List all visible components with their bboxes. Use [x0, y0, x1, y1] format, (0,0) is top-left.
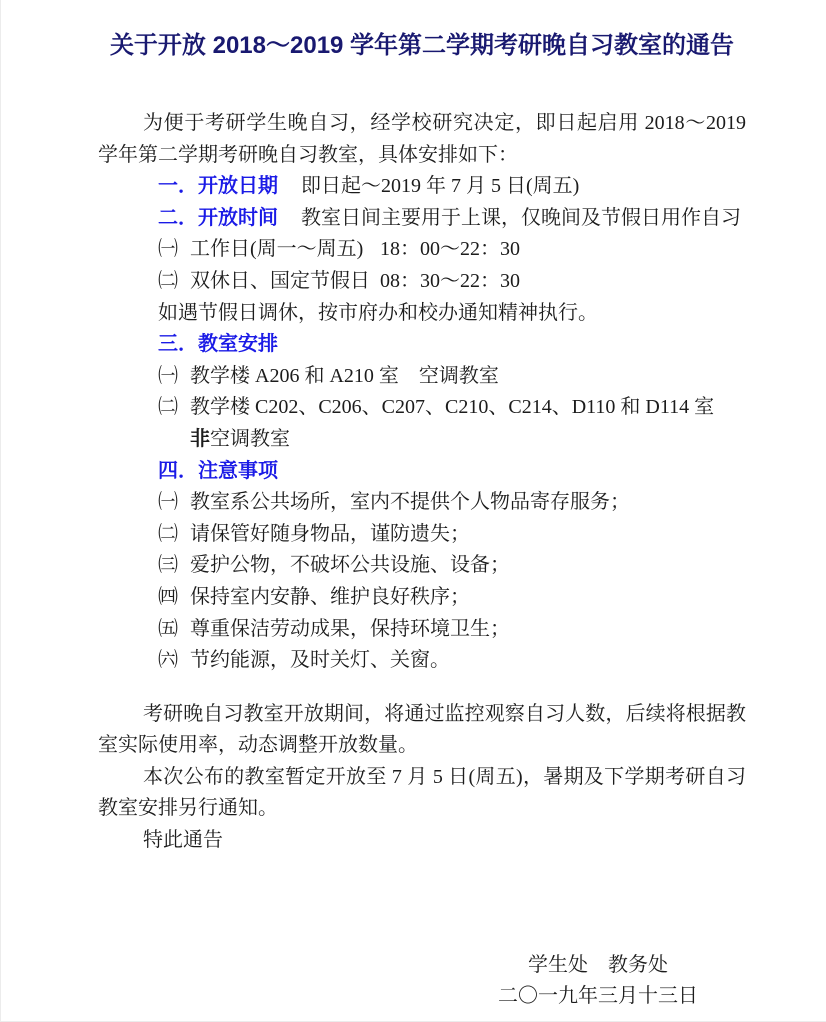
classroom-nonac-suffix: 空调教室	[210, 428, 290, 450]
closing-paragraph-monitoring: 考研晚自习教室开放期间，将通过监控观察自习人数，后续将根据教室实际使用率，动态调…	[98, 699, 746, 762]
item-marker: ㈠	[158, 361, 190, 393]
weekday-label: 工作日(周一～周五)	[190, 234, 380, 266]
section-4-heading: 注意事项	[198, 460, 278, 482]
classroom-ac-main: 教学楼 A206 和 A210 室 空调教室	[190, 365, 499, 387]
item-marker: ㈡	[158, 392, 190, 455]
classroom-nonac-main: 教学楼 C202、C206、C207、C210、C214、D110 和 D114…	[190, 396, 734, 418]
item-marker: ㈠	[158, 487, 190, 519]
section-4-number: 四．	[158, 460, 198, 482]
classroom-nonac-text: 教学楼 C202、C206、C207、C210、C214、D110 和 D114…	[190, 392, 746, 455]
notice-item-4: ㈣ 保持室内安静、维护良好秩序；	[158, 582, 746, 614]
notice-item-6: ㈥ 节约能源，及时关灯、关窗。	[158, 645, 746, 677]
notice-item-2: ㈡ 请保管好随身物品，谨防遗失；	[158, 519, 746, 551]
holiday-adjustment-note: 如遇节假日调休，按市府办和校办通知精神执行。	[158, 298, 746, 330]
section-1-text: 即日起～2019 年 7 月 5 日(周五)	[301, 175, 579, 197]
item-marker: ㈢	[158, 550, 190, 582]
weekend-label: 双休日、国定节假日	[190, 266, 380, 298]
section-3-number: 三．	[158, 333, 198, 355]
weekday-time: 18：00～22：30	[380, 234, 746, 266]
item-marker: ㈥	[158, 645, 190, 677]
signature-date: 二〇一九年三月十三日	[468, 981, 728, 1013]
notice-page: 关于开放 2018～2019 学年第二学期考研晚自习教室的通告 为便于考研学生晚…	[0, 0, 826, 1022]
intro-paragraph: 为便于考研学生晚自习，经学校研究决定，即日起启用 2018～2019 学年第二学…	[98, 108, 746, 171]
signature-block: 学生处 教务处 二〇一九年三月十三日	[468, 950, 728, 1013]
opening-hours-item-weekday: ㈠ 工作日(周一～周五) 18：00～22：30	[158, 234, 746, 266]
section-2-row: 二．开放时间 教室日间主要用于上课，仅晚间及节假日用作自习	[158, 203, 746, 235]
section-1-heading: 开放日期	[198, 175, 278, 197]
notice-item-4-text: 保持室内安静、维护良好秩序；	[190, 582, 746, 614]
opening-hours-item-weekend: ㈡ 双休日、国定节假日 08：30～22：30	[158, 266, 746, 298]
classroom-nonac-bold: 非	[190, 428, 210, 450]
closing-paragraph-duration: 本次公布的教室暂定开放至 7 月 5 日(周五)，暑期及下学期考研自习教室安排另…	[98, 762, 746, 825]
section-2-heading: 开放时间	[198, 207, 278, 229]
item-marker: ㈡	[158, 519, 190, 551]
item-marker: ㈤	[158, 614, 190, 646]
signature-departments: 学生处 教务处	[468, 950, 728, 982]
section-1-number: 一．	[158, 175, 198, 197]
document-title: 关于开放 2018～2019 学年第二学期考研晚自习教室的通告	[98, 28, 746, 64]
notice-item-2-text: 请保管好随身物品，谨防遗失；	[190, 519, 746, 551]
section-2-text: 教室日间主要用于上课，仅晚间及节假日用作自习	[301, 207, 741, 229]
classroom-ac-text: 教学楼 A206 和 A210 室 空调教室	[190, 361, 746, 393]
classroom-item-nonac: ㈡ 教学楼 C202、C206、C207、C210、C214、D110 和 D1…	[158, 392, 746, 455]
section-3-row: 三．教室安排	[158, 329, 746, 361]
section-3-heading: 教室安排	[198, 333, 278, 355]
notice-item-5: ㈤ 尊重保洁劳动成果，保持环境卫生；	[158, 614, 746, 646]
section-2-number: 二．	[158, 207, 198, 229]
notice-item-1-text: 教室系公共场所，室内不提供个人物品寄存服务；	[190, 487, 746, 519]
notice-item-5-text: 尊重保洁劳动成果，保持环境卫生；	[190, 614, 746, 646]
item-marker: ㈠	[158, 234, 190, 266]
classroom-item-ac: ㈠ 教学楼 A206 和 A210 室 空调教室	[158, 361, 746, 393]
notice-item-1: ㈠ 教室系公共场所，室内不提供个人物品寄存服务；	[158, 487, 746, 519]
notice-item-3: ㈢ 爱护公物，不破坏公共设施、设备；	[158, 550, 746, 582]
item-marker: ㈣	[158, 582, 190, 614]
closing-announcement: 特此通告	[98, 825, 746, 857]
notice-item-6-text: 节约能源，及时关灯、关窗。	[190, 645, 746, 677]
section-1-row: 一．开放日期 即日起～2019 年 7 月 5 日(周五)	[158, 171, 746, 203]
item-marker: ㈡	[158, 266, 190, 298]
section-4-row: 四．注意事项	[158, 456, 746, 488]
weekend-time: 08：30～22：30	[380, 266, 746, 298]
notice-item-3-text: 爱护公物，不破坏公共设施、设备；	[190, 550, 746, 582]
